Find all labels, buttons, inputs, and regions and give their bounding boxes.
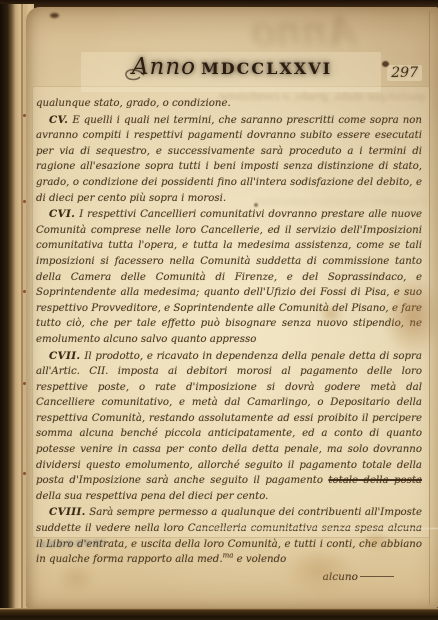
ink-speck <box>50 13 59 18</box>
clause-number: CVIII. <box>49 506 86 518</box>
catchword-row: alcuno <box>36 570 422 586</box>
manuscript-page: Anno qualunque stato, grado, o condizion… <box>26 7 438 608</box>
clause-text: I respettivi Cancellieri comunitativi do… <box>36 209 422 345</box>
ink-speck <box>382 61 389 67</box>
photo-background-bottom <box>0 608 438 620</box>
clause-text: della sua respettiva pena del dieci per … <box>36 491 268 502</box>
catchword-flourish-dash <box>360 575 394 577</box>
clause-number: CVII. <box>49 350 81 362</box>
struck-through-correction: totale della posta <box>328 475 422 486</box>
manuscript-photo: { "header": { "anno": "Anno", "year": "M… <box>0 0 438 620</box>
clause-number: CV. <box>49 114 68 126</box>
clause-cvi: CVI. I respettivi Cancellieri comunitati… <box>36 207 422 347</box>
clause-text: Il prodotto, e ricavato in dependenza de… <box>36 351 422 487</box>
manuscript-text-block: qualunque stato, grado, o condizione. CV… <box>36 96 422 585</box>
clause-text: E quelli i quali nei termini, che sarann… <box>36 115 422 204</box>
clause-cv: CV. E quelli i quali nei termini, che sa… <box>36 113 422 207</box>
clause-cvii: CVII. Il prodotto, e ricavato in depende… <box>36 349 422 505</box>
clause-text: e volendo <box>233 554 286 565</box>
calligraphic-flourish <box>122 65 148 83</box>
clause-number: CVI. <box>49 208 75 220</box>
ink-speck <box>254 203 258 207</box>
opening-line: qualunque stato, grado, o condizione. <box>36 96 422 112</box>
photo-background-top <box>0 0 438 7</box>
paper-scratch-line <box>196 528 438 529</box>
clause-cviii: CVIII. Sarà sempre permesso a qualunque … <box>36 505 422 567</box>
catchword: alcuno <box>323 571 358 583</box>
underlying-page-edge <box>429 11 430 604</box>
header-year-roman-numeral: MDCCLXXVI <box>201 59 332 78</box>
folio-number: 297 <box>387 65 422 81</box>
page-header: Anno MDCCLXXVI <box>26 54 438 80</box>
interlinear-insertion: ma <box>223 552 234 560</box>
